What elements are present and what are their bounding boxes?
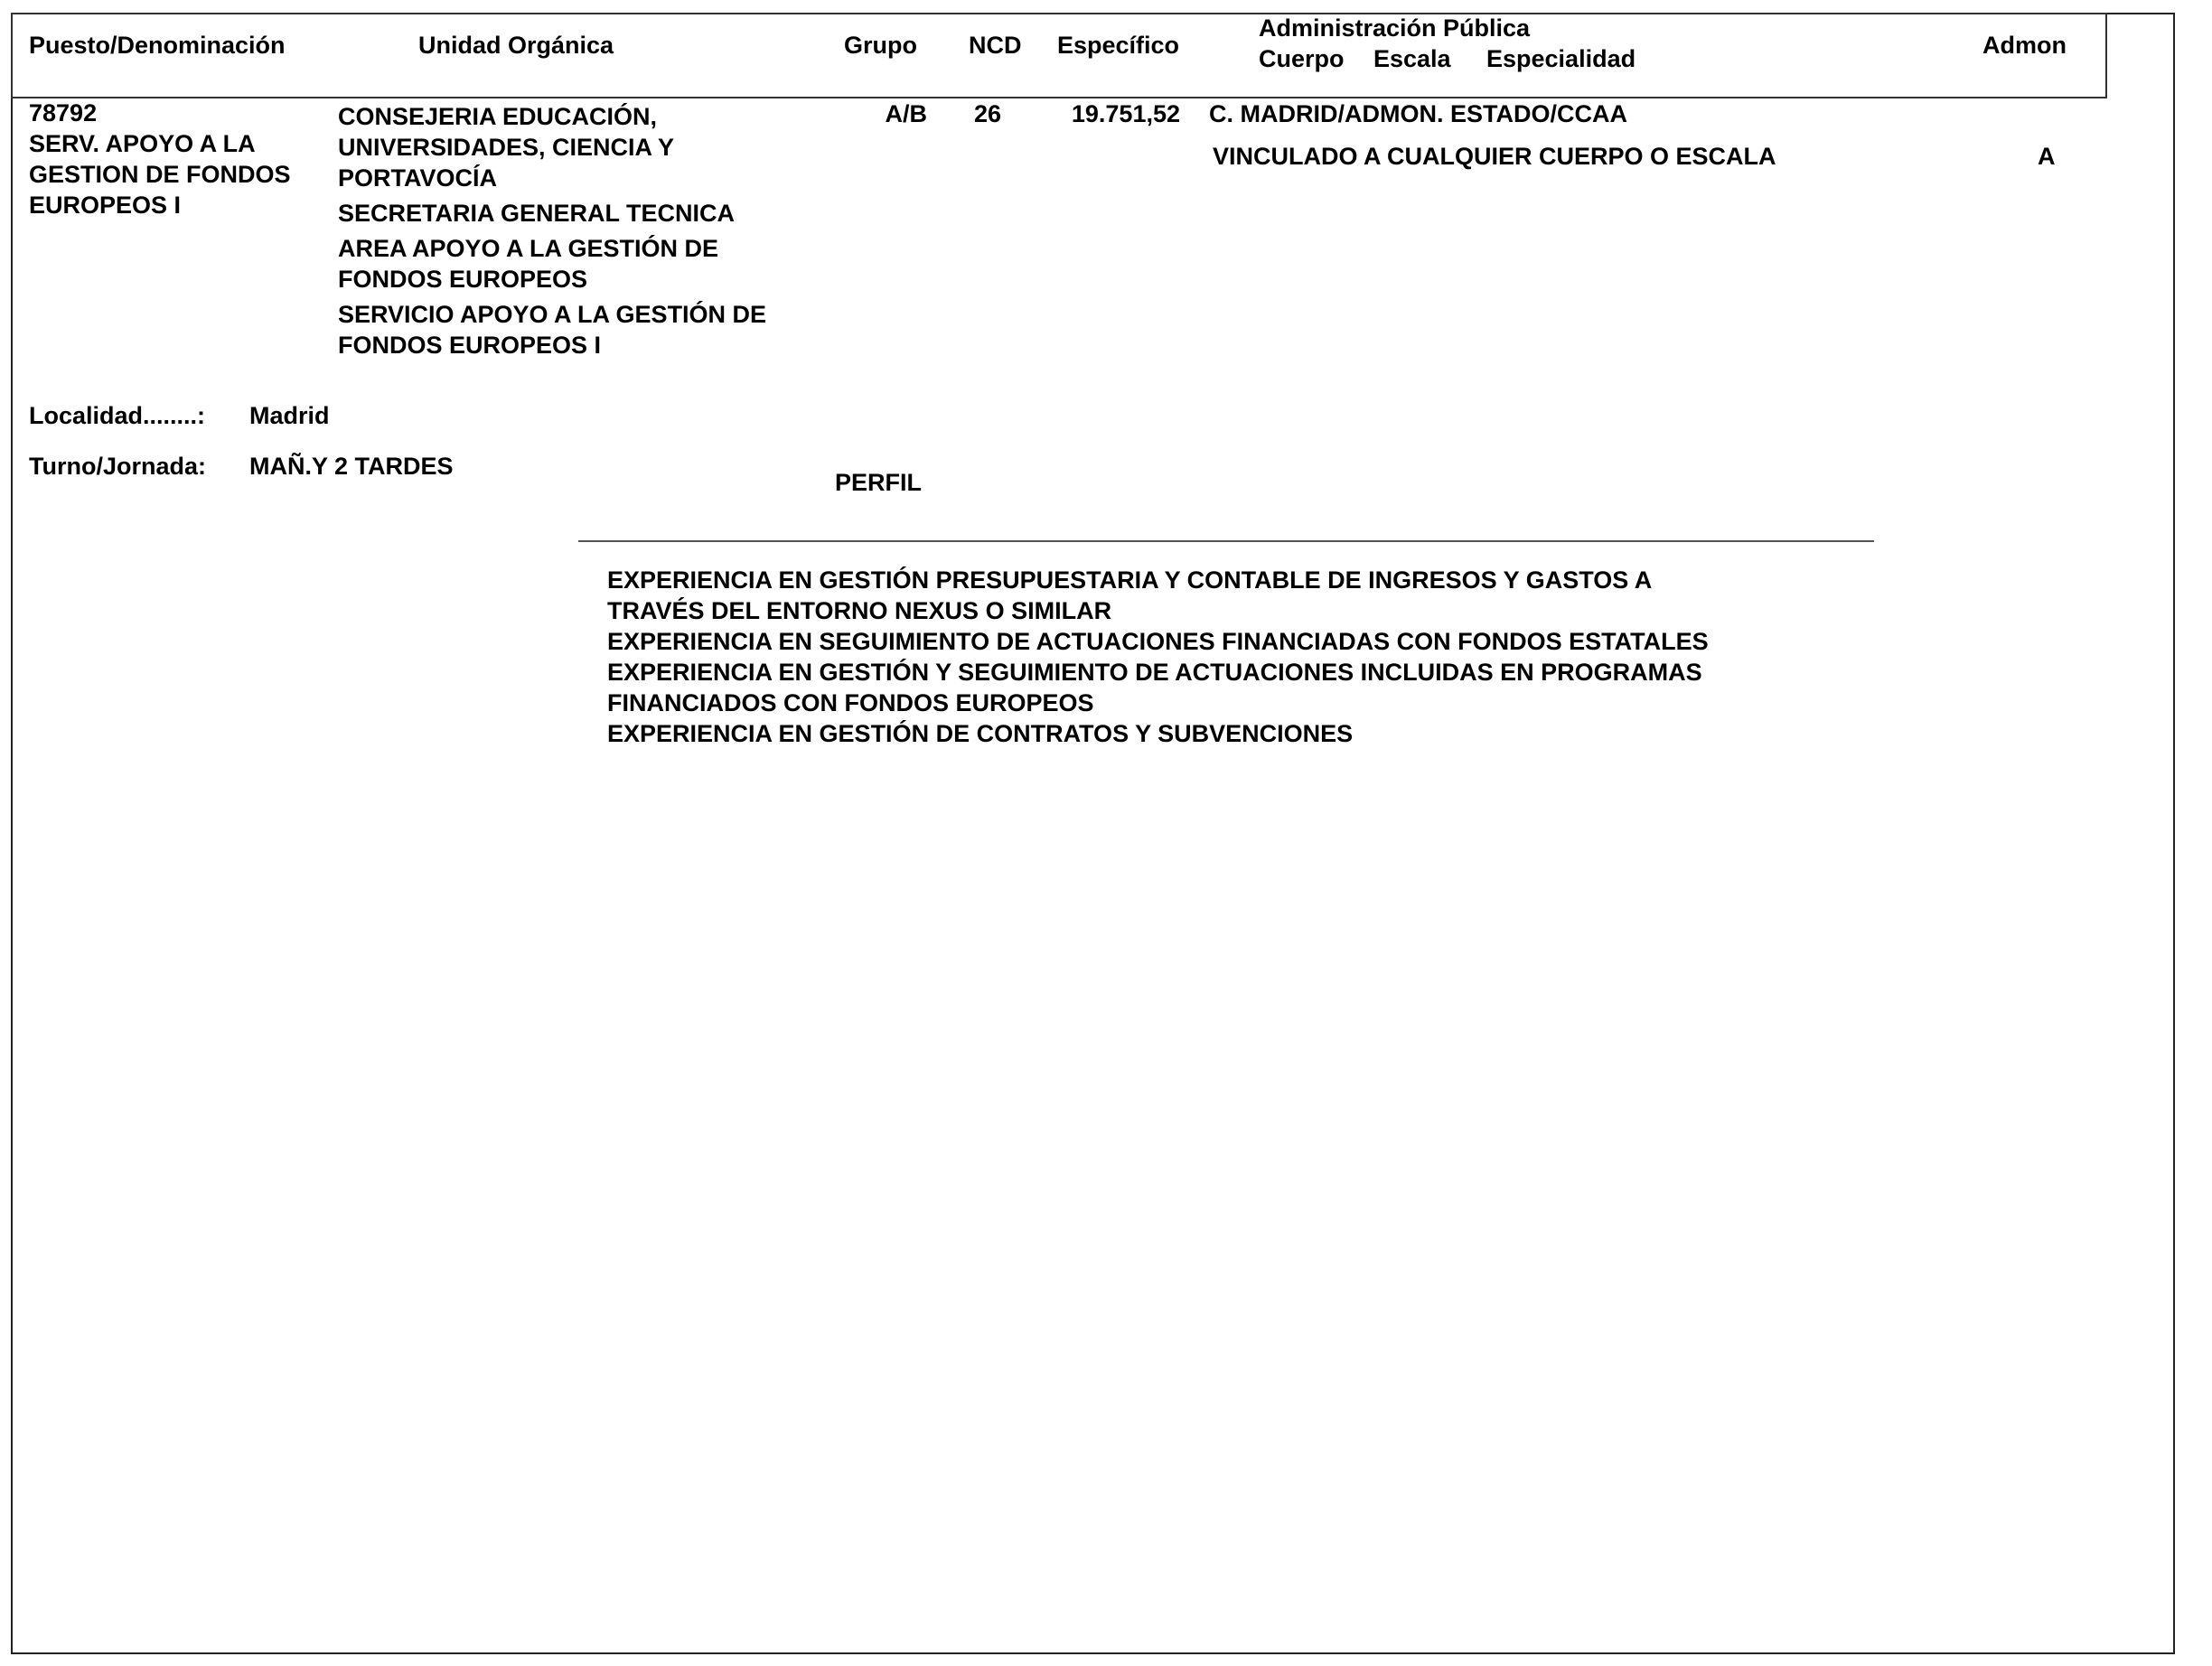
perfil-line: EXPERIENCIA EN GESTIÓN DE CONTRATOS Y SU… xyxy=(607,718,1709,749)
perfil-line: EXPERIENCIA EN GESTIÓN Y SEGUIMIENTO DE … xyxy=(607,657,1709,688)
header-ncd: NCD xyxy=(969,33,1022,58)
unidad-line: AREA APOYO A LA GESTIÓN DE xyxy=(338,233,766,264)
unidad-line: PORTAVOCÍA xyxy=(338,163,766,193)
turno-label: Turno/Jornada: xyxy=(29,454,206,479)
perfil-line: EXPERIENCIA EN GESTIÓN PRESUPUESTARIA Y … xyxy=(607,565,1709,595)
header-especifico: Específico xyxy=(1057,33,1179,58)
localidad-value: Madrid xyxy=(249,404,330,428)
header-cuerpo: Cuerpo xyxy=(1259,47,1345,71)
header-administracion: Administración Pública xyxy=(1259,16,1530,41)
perfil-divider xyxy=(578,540,1874,542)
admon-value: A xyxy=(2038,145,2056,169)
page-frame xyxy=(11,13,2175,1654)
unidad-line: CONSEJERIA EDUCACIÓN, xyxy=(338,101,766,132)
ncd-value: 26 xyxy=(974,102,1001,126)
turno-value: MAÑ.Y 2 TARDES xyxy=(249,454,454,479)
grupo-value: A/B xyxy=(849,102,927,126)
unidad-line: SERVICIO APOYO A LA GESTIÓN DE xyxy=(338,299,766,330)
cuerpo-escala-value: VINCULADO A CUALQUIER CUERPO O ESCALA xyxy=(1213,145,1776,169)
especifico-value: 19.751,52 xyxy=(1039,102,1180,126)
unidad-organica-cell: CONSEJERIA EDUCACIÓN, UNIVERSIDADES, CIE… xyxy=(338,101,766,360)
localidad-label: Localidad........: xyxy=(29,404,205,428)
perfil-line: EXPERIENCIA EN SEGUIMIENTO DE ACTUACIONE… xyxy=(607,626,1709,657)
unidad-consejeria: CONSEJERIA EDUCACIÓN, UNIVERSIDADES, CIE… xyxy=(338,101,766,193)
unidad-servicio: SERVICIO APOYO A LA GESTIÓN DE FONDOS EU… xyxy=(338,299,766,360)
perfil-list: EXPERIENCIA EN GESTIÓN PRESUPUESTARIA Y … xyxy=(607,565,1709,749)
perfil-line: FINANCIADOS CON FONDOS EUROPEOS xyxy=(607,688,1709,718)
puesto-code: 78792 xyxy=(29,98,291,128)
header-admon: Admon xyxy=(1982,33,2067,58)
denominacion-line: EUROPEOS I xyxy=(29,190,291,220)
perfil-title: PERFIL xyxy=(835,471,922,495)
denominacion-line: SERV. APOYO A LA xyxy=(29,128,291,159)
header-unidad-organica: Unidad Orgánica xyxy=(418,33,614,58)
unidad-line: SECRETARIA GENERAL TECNICA xyxy=(338,198,766,229)
perfil-line: TRAVÉS DEL ENTORNO NEXUS O SIMILAR xyxy=(607,595,1709,626)
header-especialidad: Especialidad xyxy=(1486,47,1636,71)
puesto-cell: 78792 SERV. APOYO A LA GESTION DE FONDOS… xyxy=(29,98,291,220)
header-puesto: Puesto/Denominación xyxy=(29,33,286,58)
denominacion-line: GESTION DE FONDOS xyxy=(29,159,291,190)
administracion-value: C. MADRID/ADMON. ESTADO/CCAA xyxy=(1209,102,1627,126)
unidad-area: AREA APOYO A LA GESTIÓN DE FONDOS EUROPE… xyxy=(338,233,766,295)
unidad-secretaria: SECRETARIA GENERAL TECNICA xyxy=(338,198,766,229)
unidad-line: FONDOS EUROPEOS xyxy=(338,264,766,295)
header-grupo: Grupo xyxy=(844,33,917,58)
unidad-line: UNIVERSIDADES, CIENCIA Y xyxy=(338,132,766,163)
unidad-line: FONDOS EUROPEOS I xyxy=(338,330,766,360)
header-escala: Escala xyxy=(1373,47,1451,71)
